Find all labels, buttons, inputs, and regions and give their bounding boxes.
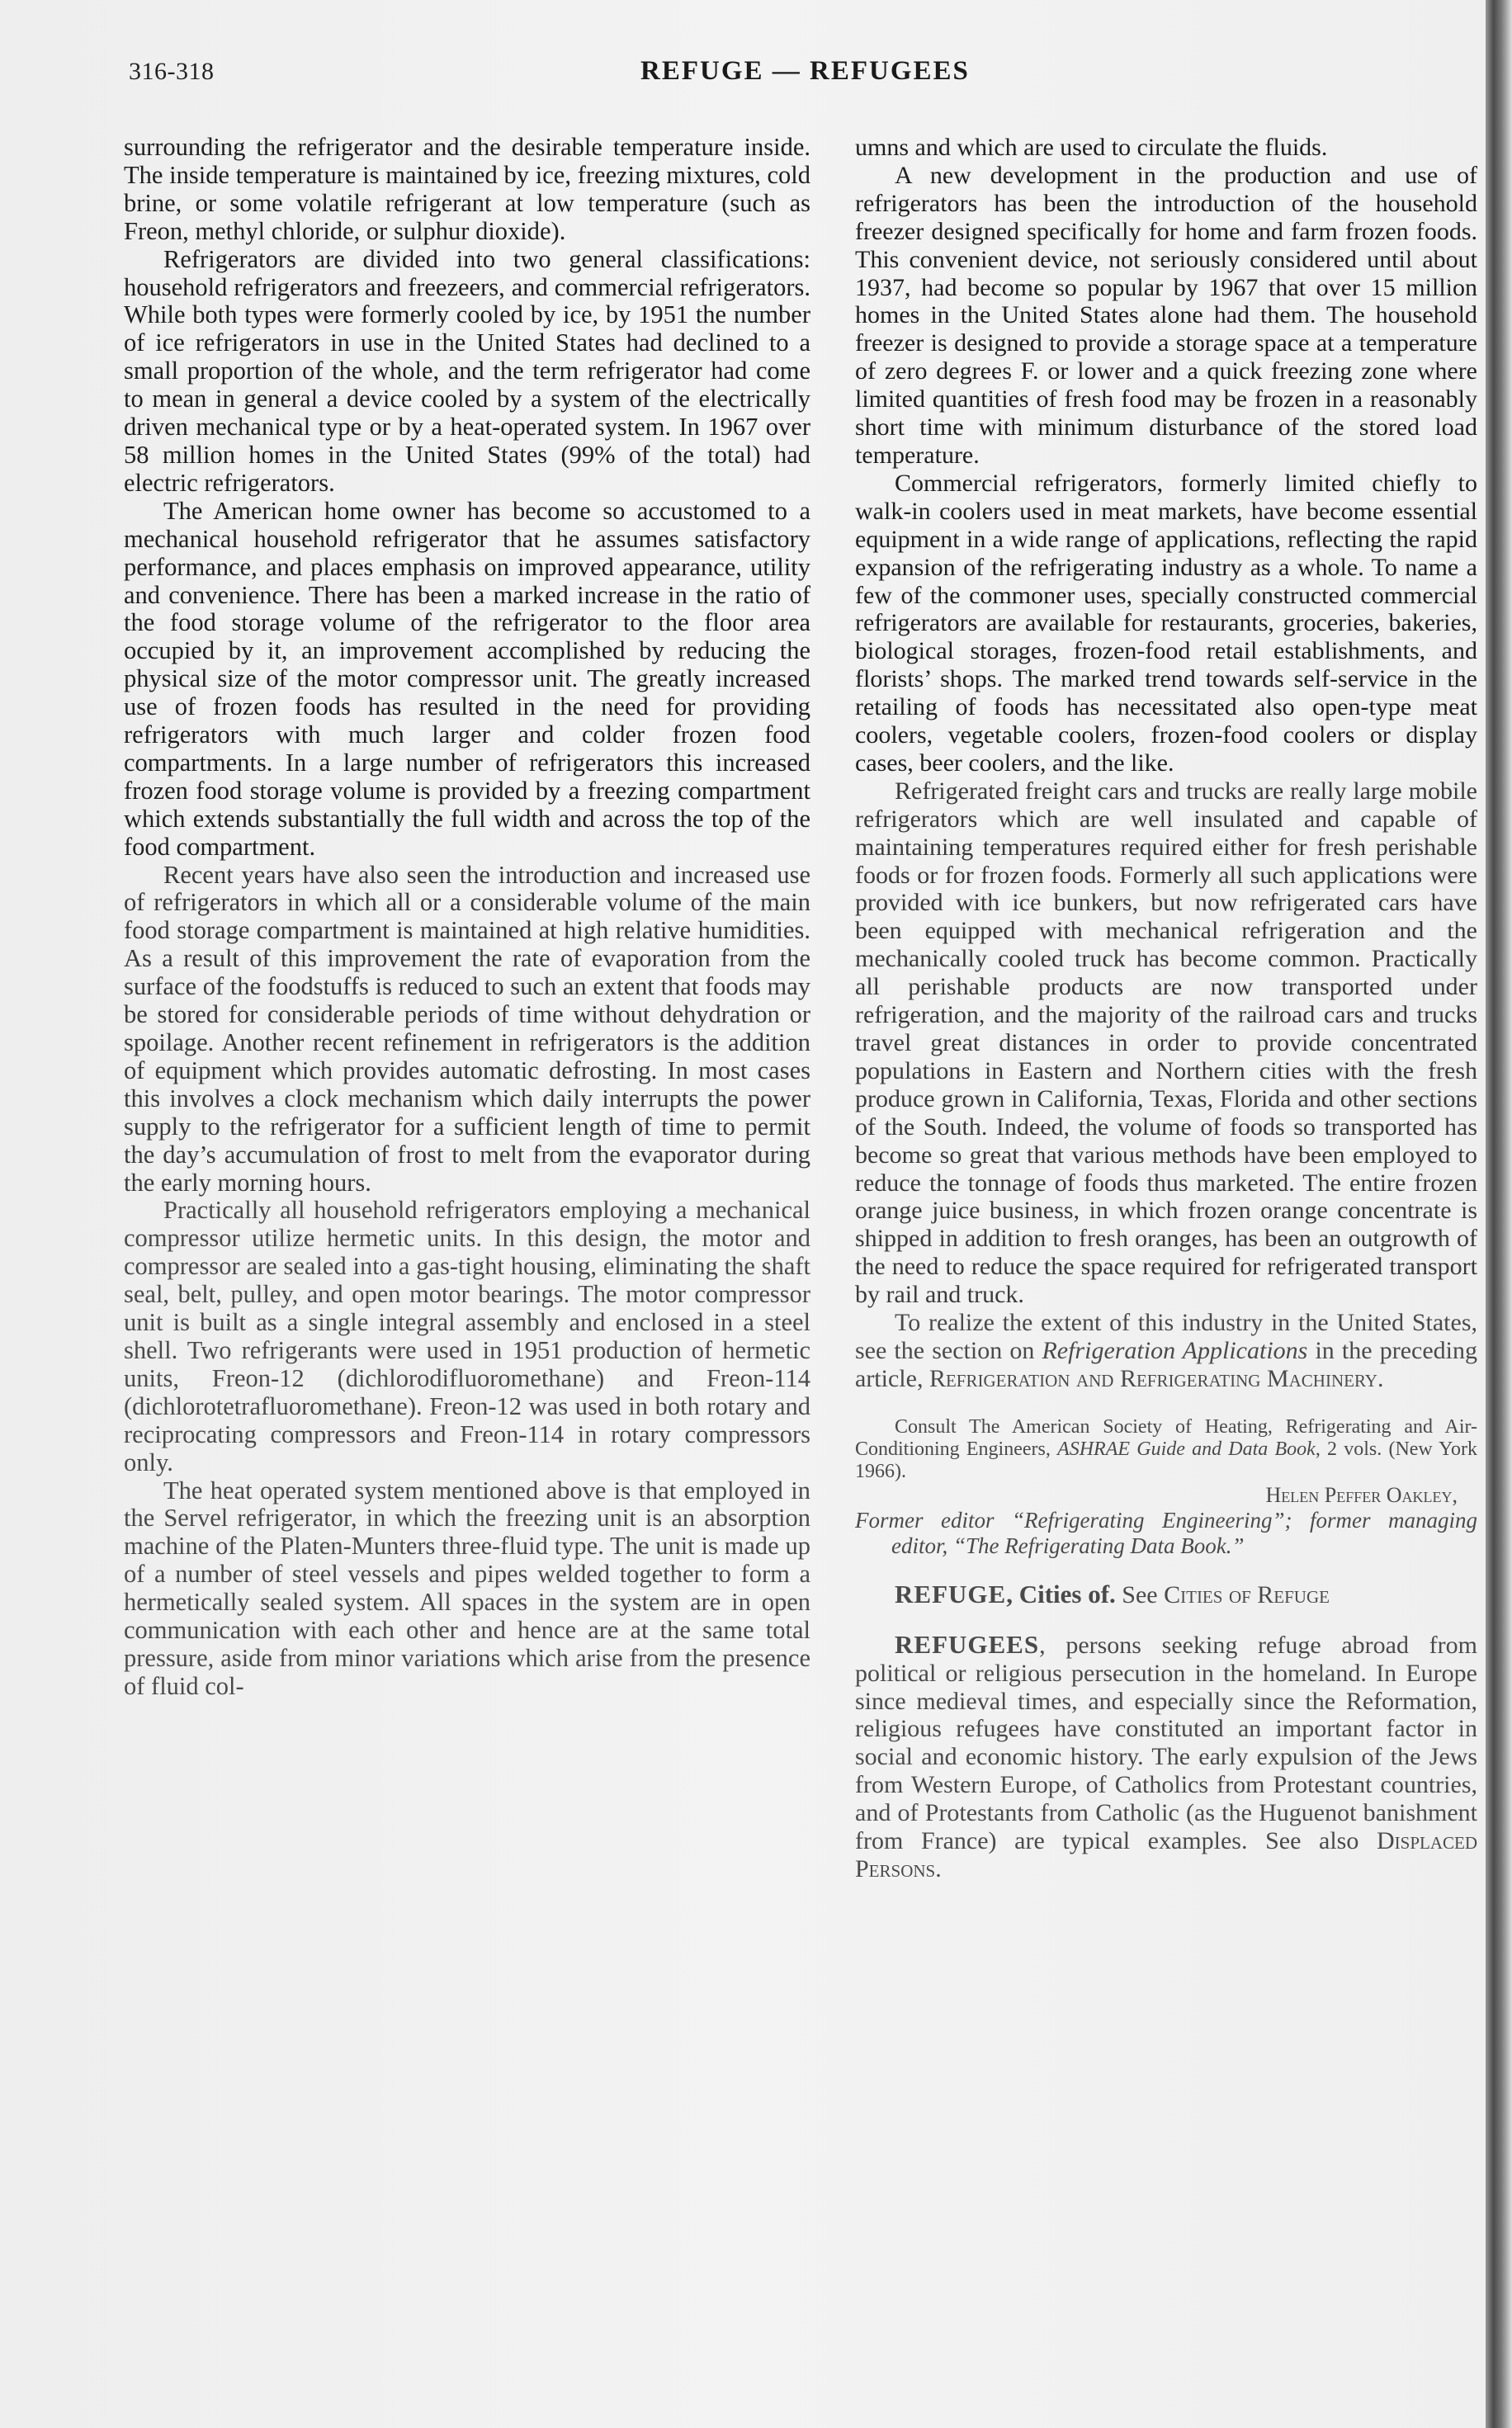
author-name: Helen Peffer Oakley, bbox=[855, 1483, 1477, 1508]
entry-refugees: REFUGEES, persons seeking refuge abroad … bbox=[855, 1631, 1477, 1883]
entry-refuge-cities: REFUGE, Cities of. See Cities of Refuge bbox=[855, 1580, 1477, 1609]
entry-end: . bbox=[935, 1855, 942, 1882]
see-label: See bbox=[1116, 1581, 1164, 1608]
page-header: 316-318 REFUGE — REFUGEES bbox=[129, 56, 1474, 97]
author-role: Former editor “Refrigerating Engineering… bbox=[855, 1508, 1477, 1559]
page-number: 316-318 bbox=[129, 58, 215, 86]
right-column: umns and which are used to circulate the… bbox=[855, 134, 1477, 1883]
paragraph-heat-operated: The heat operated system mentioned above… bbox=[124, 1477, 810, 1701]
entry-headword: REFUGEES bbox=[895, 1630, 1039, 1659]
bibliography: Consult The American Society of Heating,… bbox=[855, 1416, 1477, 1483]
see-reference-link[interactable]: Cities of Refuge bbox=[1164, 1581, 1330, 1608]
entry-headword: REFUGE bbox=[895, 1580, 1006, 1608]
paragraph-commercial-refrigerators: Commercial refrigerators, formerly limit… bbox=[855, 470, 1477, 777]
cross-reference-end: . bbox=[1377, 1365, 1384, 1392]
paragraph-classifications: Refrigerators are divided into two gener… bbox=[124, 246, 810, 498]
running-title: REFUGE — REFUGEES bbox=[640, 56, 970, 87]
paragraph-home-owner: The American home owner has become so ac… bbox=[124, 498, 810, 862]
paragraph-cross-reference: To realize the extent of this industry i… bbox=[855, 1309, 1477, 1393]
paragraph-continued: surrounding the refrigerator and the des… bbox=[124, 134, 810, 246]
entry-subhead: , Cities of. bbox=[1006, 1580, 1116, 1608]
paragraph-household-freezer: A new development in the production and … bbox=[855, 162, 1477, 470]
left-column: surrounding the refrigerator and the des… bbox=[124, 134, 810, 1701]
cross-reference-section[interactable]: Refrigeration Applications bbox=[1042, 1337, 1307, 1364]
entry-body: , persons seeking refuge abroad from pol… bbox=[855, 1632, 1477, 1854]
encyclopedia-page: 316-318 REFUGE — REFUGEES surrounding th… bbox=[0, 0, 1486, 2428]
paragraph-recent-years: Recent years have also seen the introduc… bbox=[124, 862, 810, 1197]
paragraph-hermetic-units: Practically all household refrigerators … bbox=[124, 1197, 810, 1476]
page-edge-shadow bbox=[1486, 0, 1512, 2428]
paragraph-continued: umns and which are used to circulate the… bbox=[855, 134, 1477, 162]
cross-reference-article[interactable]: Refrigeration and Refrigerating Machiner… bbox=[929, 1365, 1377, 1392]
bibliography-title: ASHRAE Guide and Data Book bbox=[1057, 1438, 1316, 1460]
paragraph-freight-cars: Refrigerated freight cars and trucks are… bbox=[855, 777, 1477, 1309]
